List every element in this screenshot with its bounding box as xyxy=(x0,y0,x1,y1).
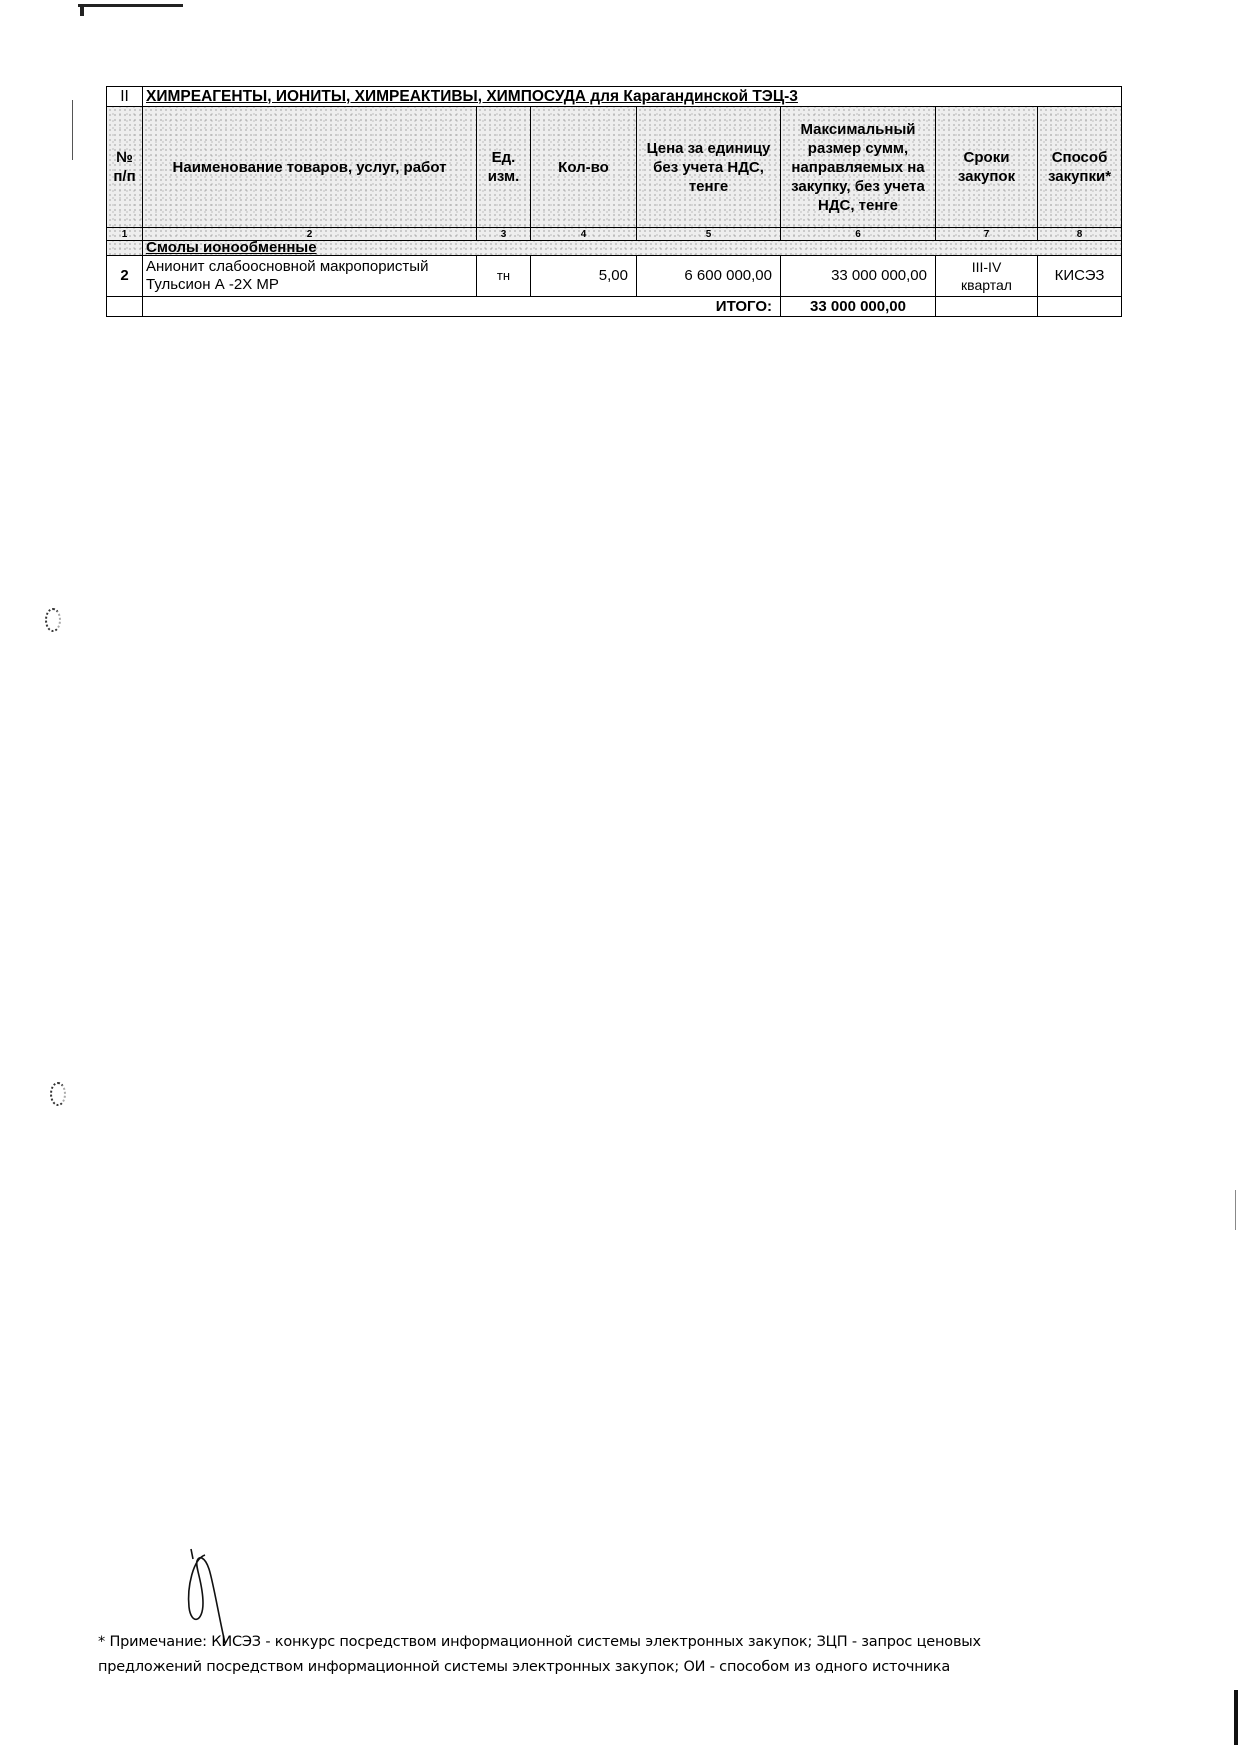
item-price: 6 600 000,00 xyxy=(637,256,781,297)
scan-artifact-right xyxy=(1235,1190,1236,1230)
item-qty: 5,00 xyxy=(531,256,637,297)
column-number: 4 xyxy=(531,228,637,241)
header-name: Наименование товаров, услуг, работ xyxy=(143,107,477,228)
group-label: Смолы ионообменные xyxy=(146,239,317,256)
item-unit: тн xyxy=(477,256,531,297)
item-max-sum: 33 000 000,00 xyxy=(781,256,936,297)
section-title: ХИМРЕАГЕНТЫ, ИОНИТЫ, ХИМРЕАКТИВЫ, ХИМПОС… xyxy=(143,87,1122,107)
group-row: Смолы ионообменные xyxy=(107,241,1122,256)
procurement-table: II ХИМРЕАГЕНТЫ, ИОНИТЫ, ХИМРЕАКТИВЫ, ХИМ… xyxy=(106,86,1122,317)
footnote: * Примечание: КИСЭЗ - конкурс посредство… xyxy=(98,1630,1058,1680)
column-number: 6 xyxy=(781,228,936,241)
column-number: 8 xyxy=(1038,228,1122,241)
column-number: 3 xyxy=(477,228,531,241)
footnote-line: * Примечание: КИСЭЗ - конкурс посредство… xyxy=(98,1630,1058,1655)
hole-punch-mark xyxy=(45,608,61,632)
row-number: 2 xyxy=(107,256,143,297)
group-empty-cell xyxy=(107,241,143,256)
scan-artifact-edge xyxy=(72,100,73,160)
scan-artifact-corner xyxy=(80,4,84,16)
scan-artifact-top xyxy=(78,4,183,7)
item-name: Анионит слабоосновной макропористыйТульс… xyxy=(143,256,477,297)
group-label-cell: Смолы ионообменные xyxy=(143,241,1122,256)
total-row: ИТОГО: 33 000 000,00 xyxy=(107,297,1122,317)
item-method: КИСЭЗ xyxy=(1038,256,1122,297)
header-unit: Ед.изм. xyxy=(477,107,531,228)
header-qty: Кол-во xyxy=(531,107,637,228)
total-empty-cell xyxy=(1038,297,1122,317)
header-max-sum: Максимальныйразмер сумм,направляемых наз… xyxy=(781,107,936,228)
total-empty-cell xyxy=(107,297,143,317)
section-number: II xyxy=(107,87,143,107)
footnote-line: предложений посредством информационной с… xyxy=(98,1655,1058,1680)
header-period: Срокизакупок xyxy=(936,107,1038,228)
total-label: ИТОГО: xyxy=(143,297,781,317)
scan-artifact-right xyxy=(1234,1690,1238,1745)
column-number: 5 xyxy=(637,228,781,241)
total-value: 33 000 000,00 xyxy=(781,297,936,317)
section-title-row: II ХИМРЕАГЕНТЫ, ИОНИТЫ, ХИМРЕАКТИВЫ, ХИМ… xyxy=(107,87,1122,107)
header-num: №п/п xyxy=(107,107,143,228)
table-row: 2 Анионит слабоосновной макропористыйТул… xyxy=(107,256,1122,297)
hole-punch-mark xyxy=(50,1082,66,1106)
item-period: III-IVквартал xyxy=(936,256,1038,297)
column-number: 1 xyxy=(107,228,143,241)
total-empty-cell xyxy=(936,297,1038,317)
header-method: Способзакупки* xyxy=(1038,107,1122,228)
header-price: Цена за единицубез учета НДС,тенге xyxy=(637,107,781,228)
column-header-row: №п/п Наименование товаров, услуг, работ … xyxy=(107,107,1122,228)
column-number: 7 xyxy=(936,228,1038,241)
